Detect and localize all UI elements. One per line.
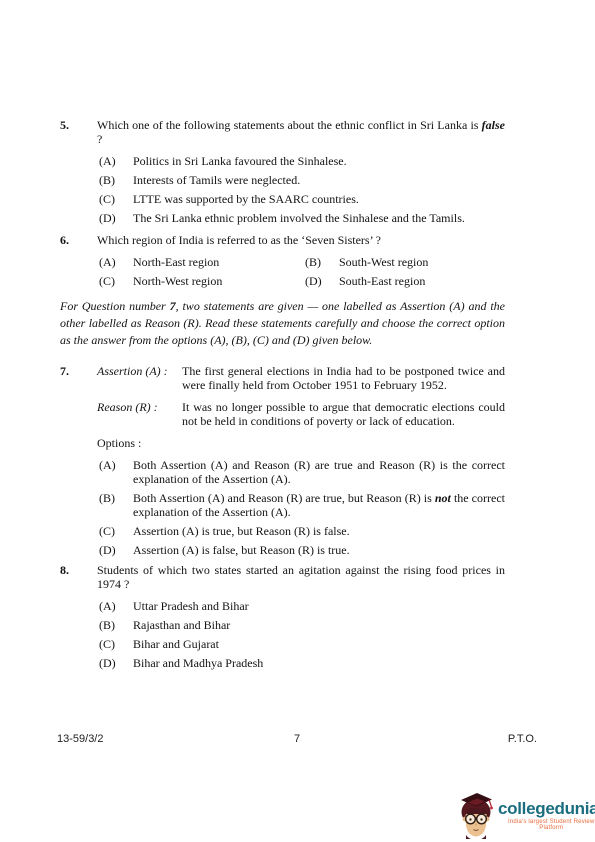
exam-paper-page: 5. Which one of the following statements… xyxy=(0,0,595,842)
option-row: (B) Interests of Tamils were neglected. xyxy=(99,173,505,187)
option-label: (B) xyxy=(305,255,339,269)
question-5-options: (A) Politics in Sri Lanka favoured the S… xyxy=(97,154,505,225)
option-text: North-West region xyxy=(133,274,222,288)
option-row: (A) Uttar Pradesh and Bihar xyxy=(99,599,505,613)
assertion-text: The first general elections in India had… xyxy=(182,364,505,392)
option-row: (D) Assertion (A) is false, but Reason (… xyxy=(99,543,505,557)
brand-text: collegedunia xyxy=(498,800,595,817)
option-row: (A) North-East region (B) South-West reg… xyxy=(99,255,505,269)
question-5: 5. Which one of the following statements… xyxy=(60,118,505,225)
page-footer: 13-59/3/2 7 P.T.O. xyxy=(57,733,537,745)
option-row: (A) Politics in Sri Lanka favoured the S… xyxy=(99,154,505,168)
option-row: (B) Both Assertion (A) and Reason (R) ar… xyxy=(99,491,505,519)
option-label: (B) xyxy=(99,491,133,519)
question-5-text-after: ? xyxy=(97,132,102,146)
option-label: (D) xyxy=(99,543,133,557)
assertion-reason-instruction: For Question number 7, two statements ar… xyxy=(60,298,505,349)
option-text: Interests of Tamils were neglected. xyxy=(133,173,505,187)
question-6-options: (A) North-East region (B) South-West reg… xyxy=(97,255,505,288)
question-5-text: Which one of the following statements ab… xyxy=(97,118,505,146)
option-text: Uttar Pradesh and Bihar xyxy=(133,599,505,613)
footer-doc-code: 13-59/3/2 xyxy=(57,733,217,745)
option-label: (D) xyxy=(305,274,339,288)
question-8-text: Students of which two states started an … xyxy=(97,563,505,591)
option-text: Both Assertion (A) and Reason (R) are tr… xyxy=(133,458,505,486)
option-text: Assertion (A) is false, but Reason (R) i… xyxy=(133,543,505,557)
option-label: (D) xyxy=(99,211,133,225)
option-text-before: Both Assertion (A) and Reason (R) are tr… xyxy=(133,491,435,505)
option-text: LTTE was supported by the SAARC countrie… xyxy=(133,192,505,206)
brand-tagline: India's largest Student Review Platform xyxy=(498,819,595,831)
option-text: Rajasthan and Bihar xyxy=(133,618,505,632)
option-label: (C) xyxy=(99,274,133,288)
option-label: (B) xyxy=(99,173,133,187)
option-label: (C) xyxy=(99,637,133,651)
option-label: (A) xyxy=(99,599,133,613)
footer-page-number: 7 xyxy=(217,733,377,745)
option-label: (A) xyxy=(99,154,133,168)
option-row: (C) North-West region (D) South-East reg… xyxy=(99,274,505,288)
option-label: (A) xyxy=(99,255,133,269)
option-text: Both Assertion (A) and Reason (R) are tr… xyxy=(133,491,505,519)
question-5-emphasis: false xyxy=(482,118,505,132)
question-6-number: 6. xyxy=(60,233,97,288)
collegedunia-logo: collegedunia ® India's largest Student R… xyxy=(456,790,595,840)
option-row: (D) The Sri Lanka ethnic problem involve… xyxy=(99,211,505,225)
reason-text: It was no longer possible to argue that … xyxy=(182,400,505,428)
question-8-options: (A) Uttar Pradesh and Bihar (B) Rajastha… xyxy=(97,599,505,670)
option-text: Bihar and Gujarat xyxy=(133,637,505,651)
assertion-row: Assertion (A) : The first general electi… xyxy=(97,364,505,392)
question-8-number: 8. xyxy=(60,563,97,670)
option-text: Assertion (A) is true, but Reason (R) is… xyxy=(133,524,505,538)
reason-row: Reason (R) : It was no longer possible t… xyxy=(97,400,505,428)
question-7-options: (A) Both Assertion (A) and Reason (R) ar… xyxy=(97,458,505,557)
graduate-boy-mascot-icon xyxy=(456,790,496,840)
assertion-label: Assertion (A) : xyxy=(97,364,182,392)
question-5-number: 5. xyxy=(60,118,97,225)
option-label: (A) xyxy=(99,458,133,486)
question-6: 6. Which region of India is referred to … xyxy=(60,233,505,288)
question-7-number: 7. xyxy=(60,364,97,557)
question-7: 7. Assertion (A) : The first general ele… xyxy=(60,364,505,557)
option-row: (D) Bihar and Madhya Pradesh xyxy=(99,656,505,670)
options-heading: Options : xyxy=(97,436,505,450)
question-8: 8. Students of which two states started … xyxy=(60,563,505,670)
question-6-text: Which region of India is referred to as … xyxy=(97,233,505,247)
option-label: (D) xyxy=(99,656,133,670)
option-label: (C) xyxy=(99,524,133,538)
option-text: South-West region xyxy=(339,255,428,269)
option-row: (C) Bihar and Gujarat xyxy=(99,637,505,651)
footer-pto: P.T.O. xyxy=(377,733,537,745)
option-row: (C) Assertion (A) is true, but Reason (R… xyxy=(99,524,505,538)
note-text-before: For Question number xyxy=(60,299,170,313)
option-text: Politics in Sri Lanka favoured the Sinha… xyxy=(133,154,505,168)
option-label: (B) xyxy=(99,618,133,632)
option-row: (B) Rajasthan and Bihar xyxy=(99,618,505,632)
option-text: North-East region xyxy=(133,255,219,269)
question-5-text-before: Which one of the following statements ab… xyxy=(97,118,482,132)
option-text: South-East region xyxy=(339,274,425,288)
reason-label: Reason (R) : xyxy=(97,400,182,428)
option-row: (A) Both Assertion (A) and Reason (R) ar… xyxy=(99,458,505,486)
page-content: 5. Which one of the following statements… xyxy=(60,118,505,670)
option-row: (C) LTTE was supported by the SAARC coun… xyxy=(99,192,505,206)
option-text: Bihar and Madhya Pradesh xyxy=(133,656,505,670)
option-label: (C) xyxy=(99,192,133,206)
option-text: The Sri Lanka ethnic problem involved th… xyxy=(133,211,505,225)
option-emphasis: not xyxy=(435,491,451,505)
